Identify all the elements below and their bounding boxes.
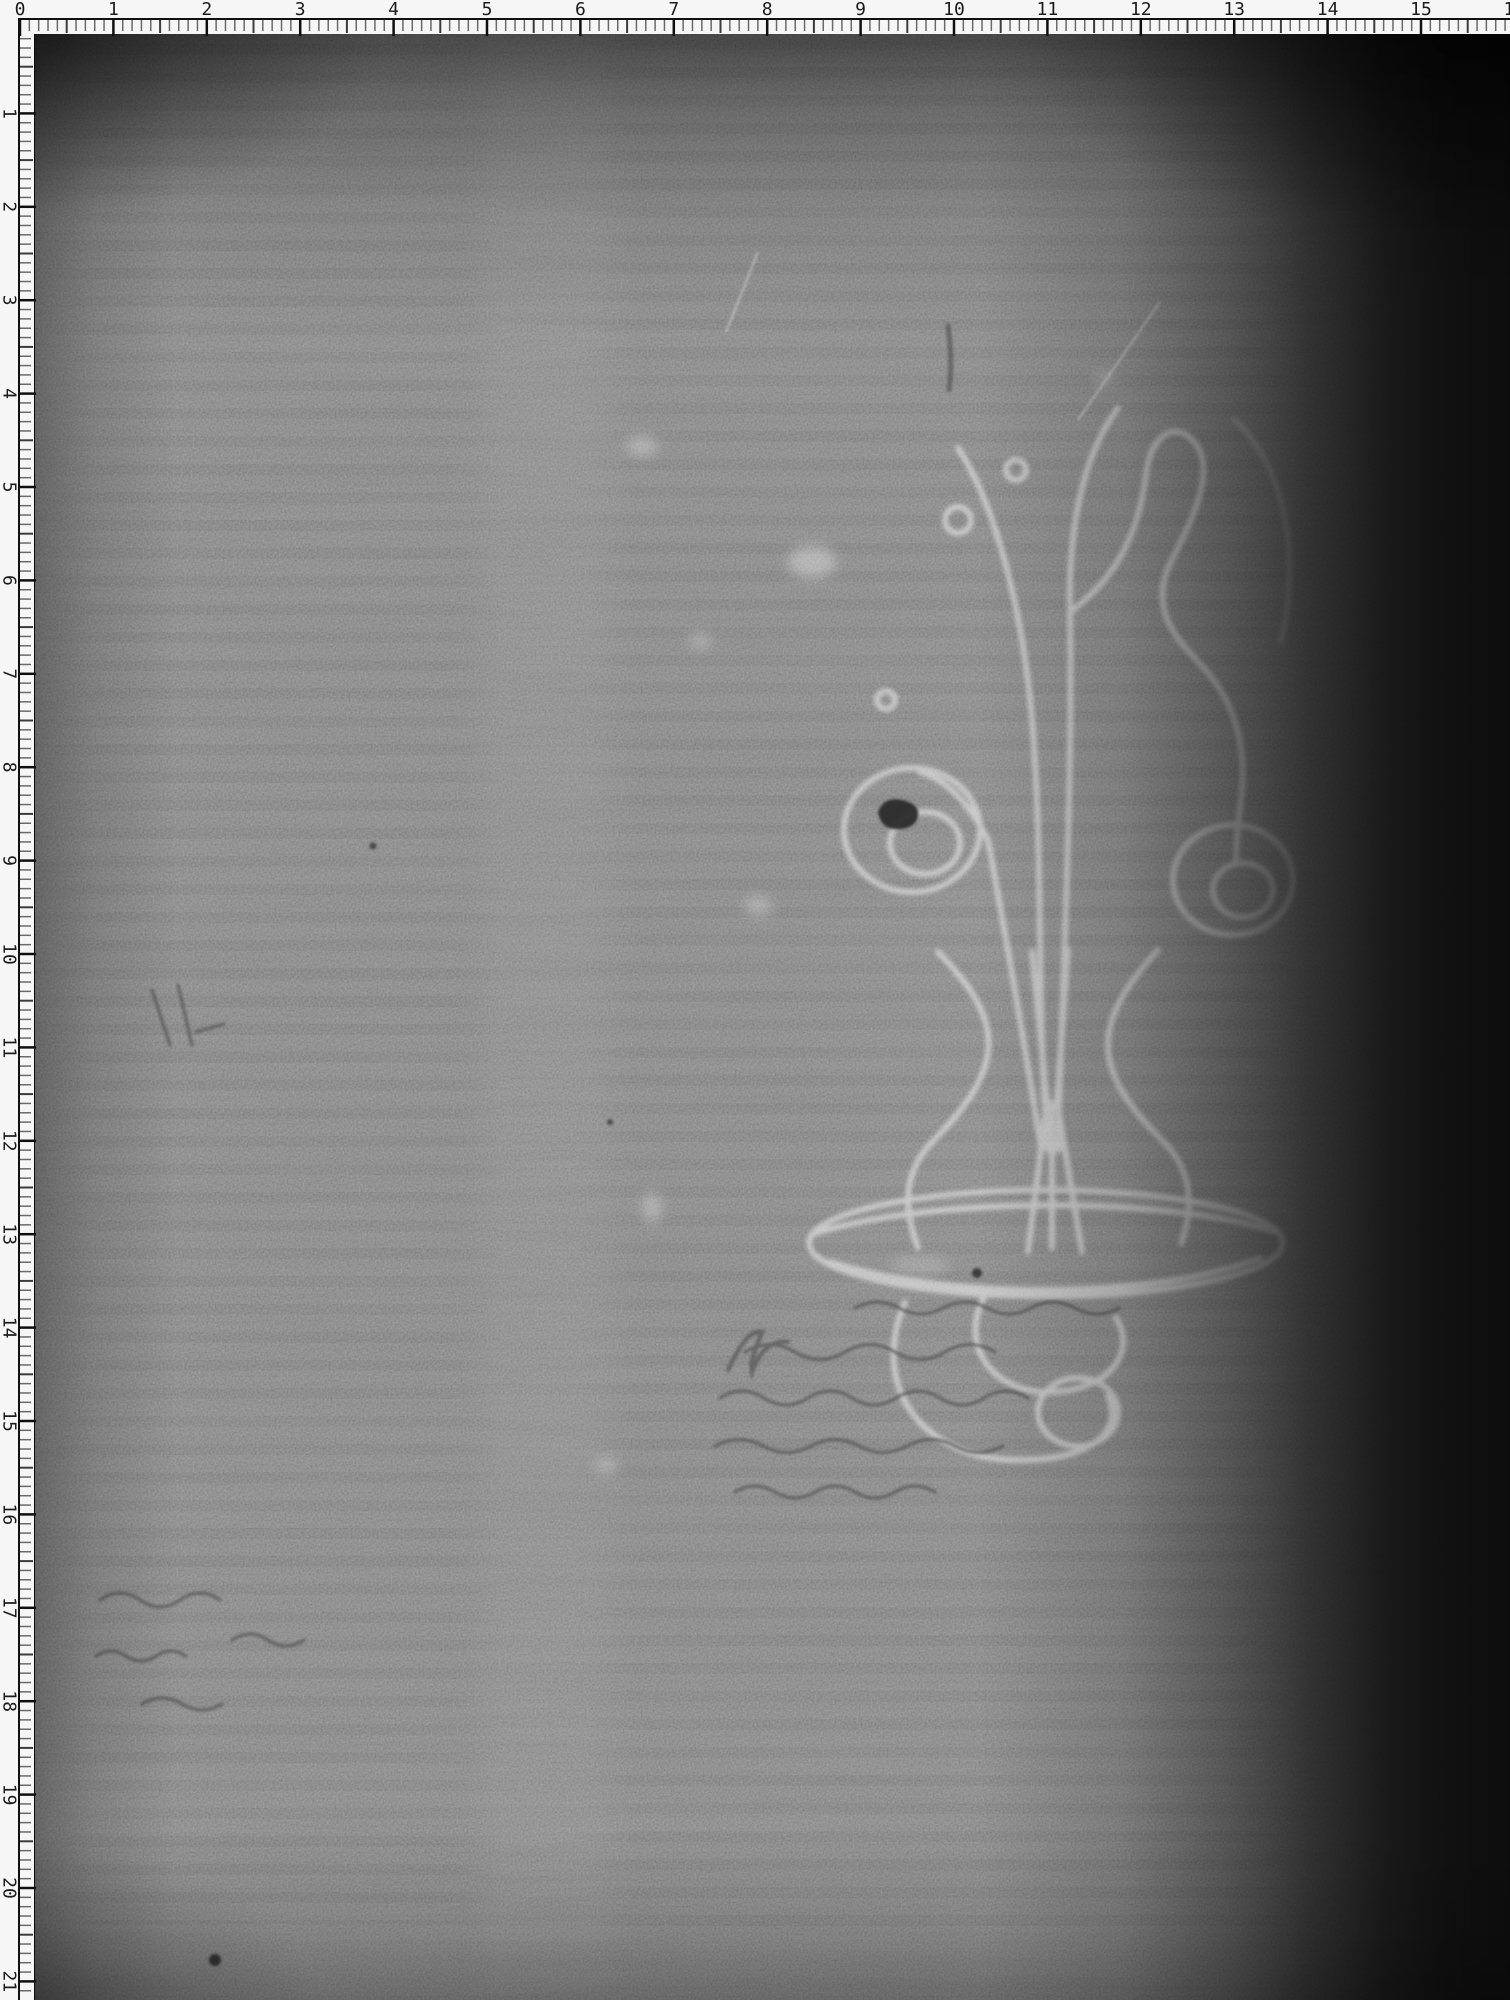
page-edge-vignette [35,34,1510,2000]
manuscript-photograph: 0123456789101112131415161234567891011121… [0,0,1510,2000]
vertical-scale-ruler [0,0,34,2000]
horizontal-scale-ruler [0,0,1510,34]
manuscript-leaf [35,34,1510,2000]
